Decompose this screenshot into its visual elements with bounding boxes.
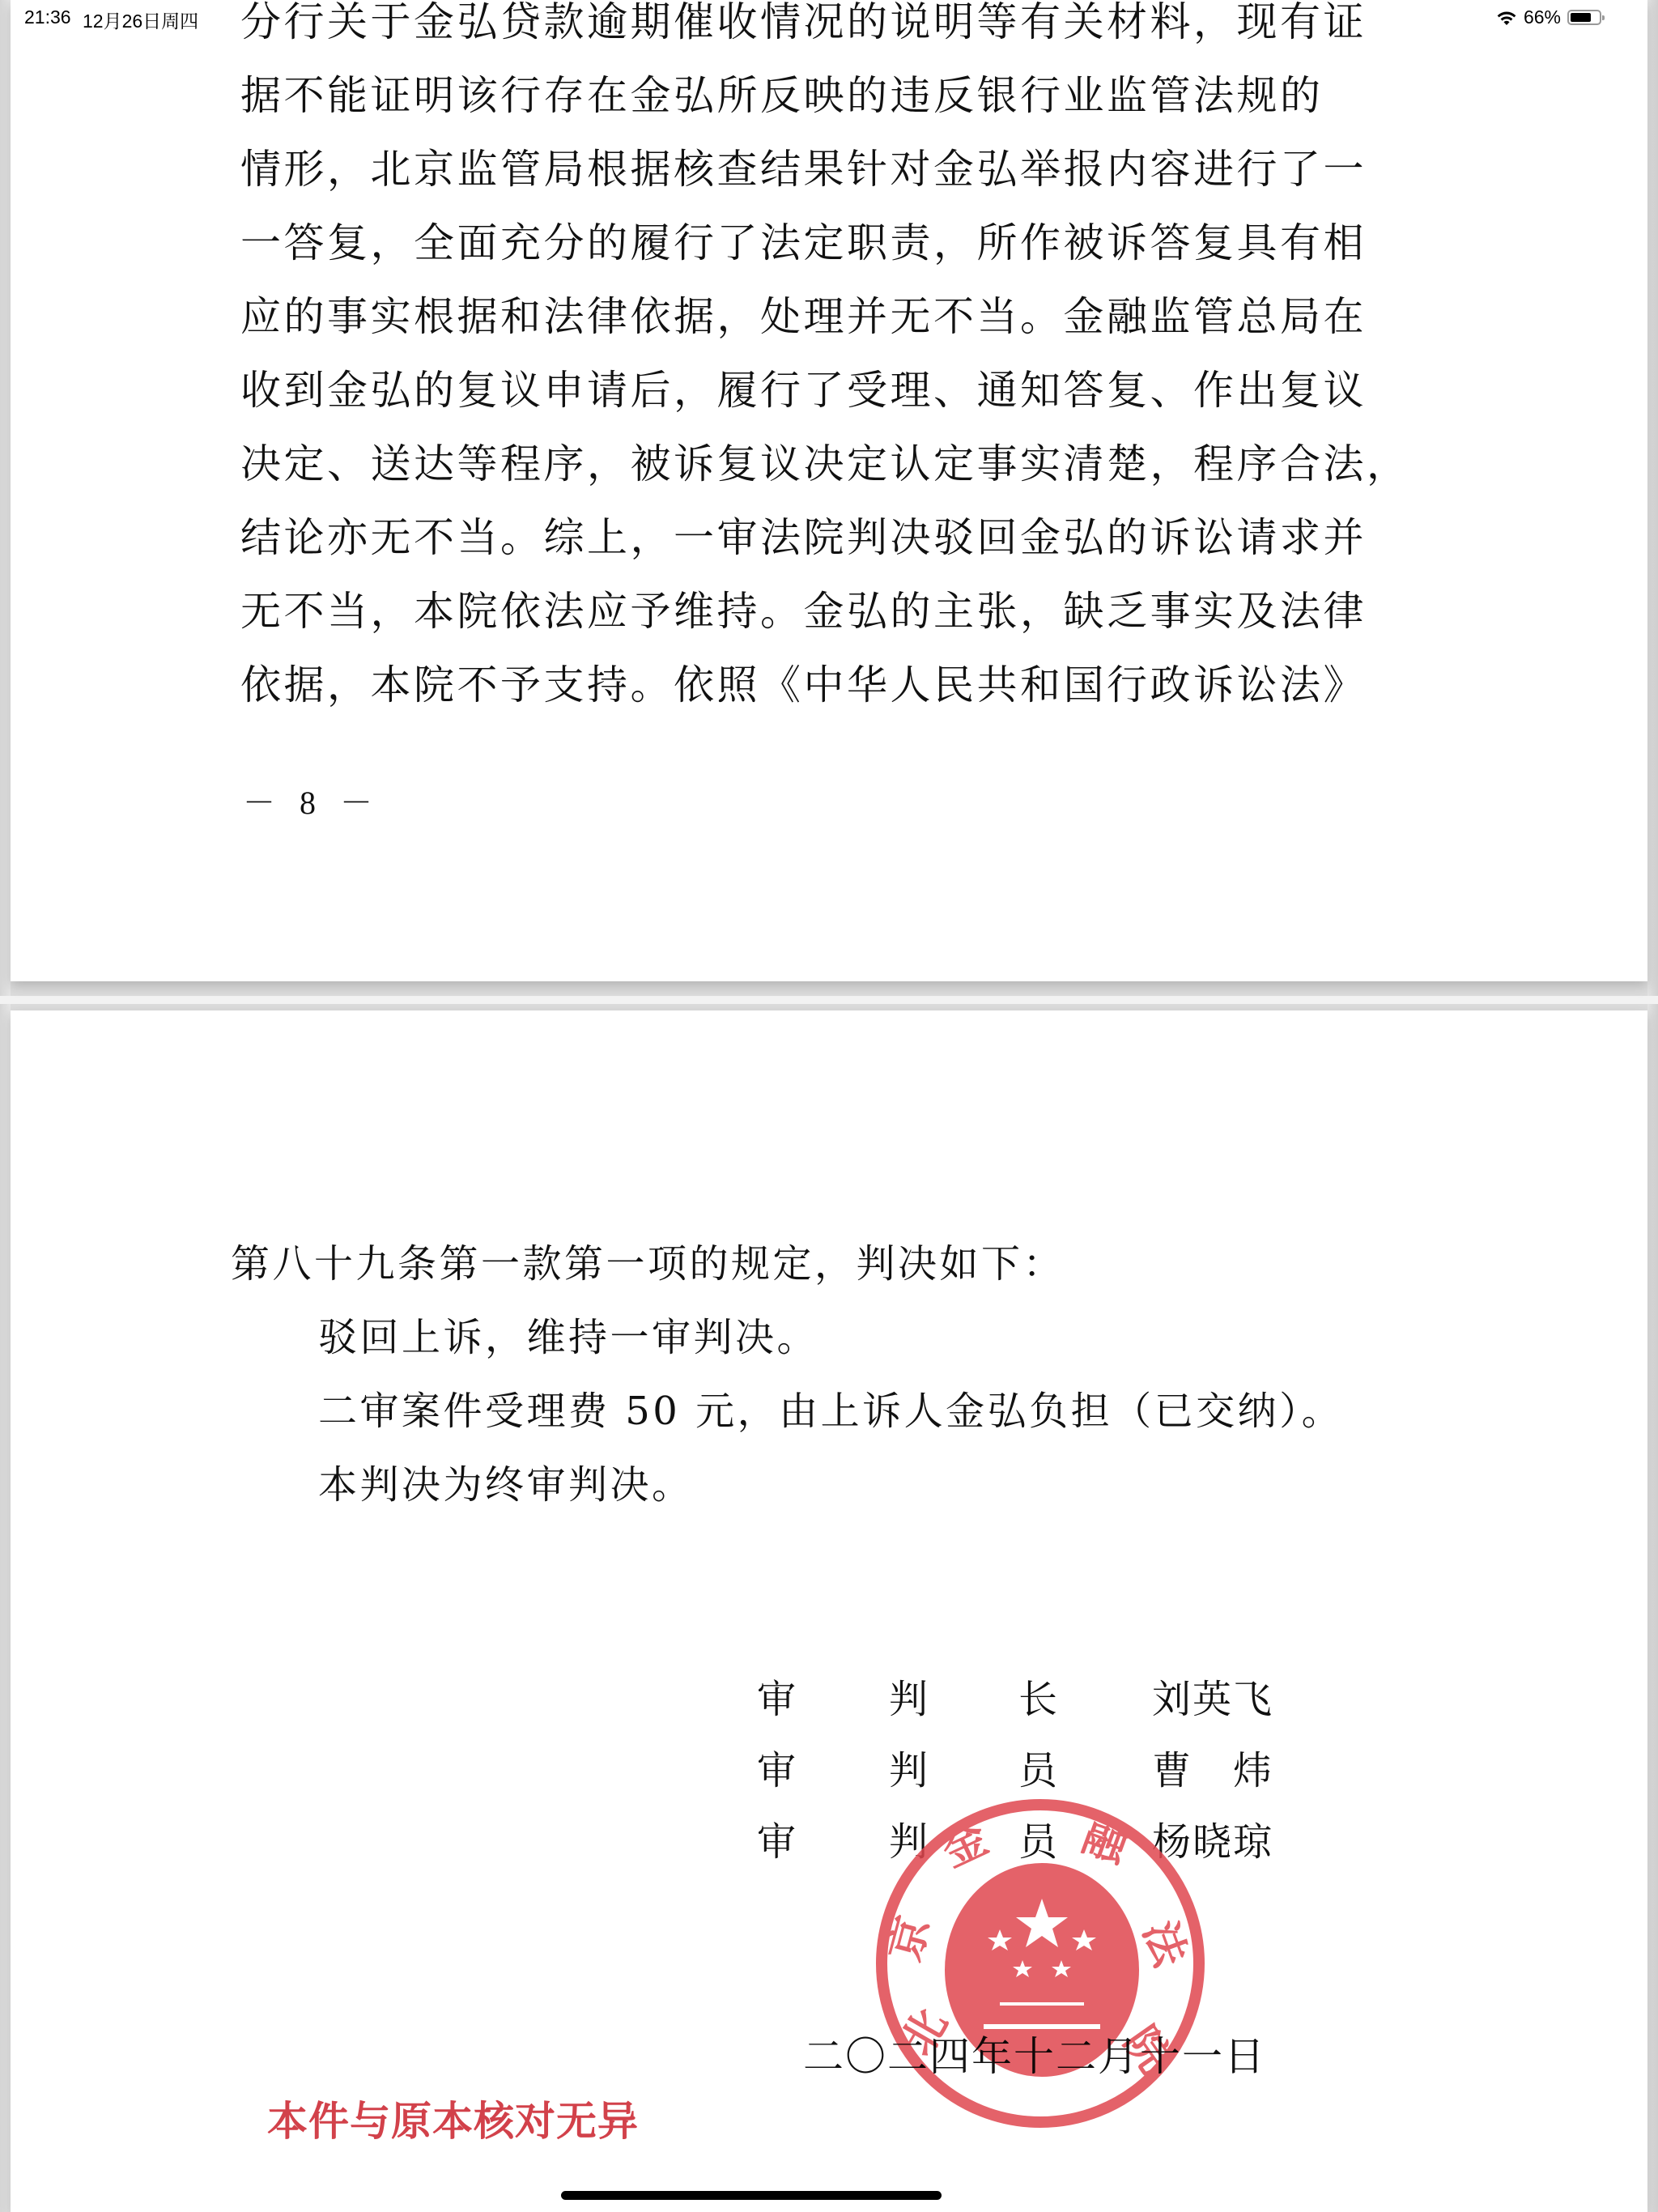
battery-percent: 66% <box>1524 6 1561 28</box>
page-separator <box>0 996 1658 1004</box>
page-number: － 8 － <box>243 777 380 823</box>
battery-icon <box>1567 10 1601 25</box>
text-line: 一答复，全面充分的履行了法定职责，所作被诉答复具有相 <box>240 206 1410 280</box>
wifi-icon <box>1496 10 1517 26</box>
judge-name: 曹 炜 <box>1152 1739 1273 1795</box>
judgment-item: 二审案件受理费 50 元，由上诉人金弘负担（已交纳）。 <box>231 1374 1343 1448</box>
battery-level <box>1571 13 1591 22</box>
title-char: 判 <box>889 1668 928 1724</box>
text-line: 无不当，本院依法应予维持。金弘的主张，缺乏事实及法律 <box>240 575 1410 649</box>
status-indicators: 66% <box>1496 6 1601 28</box>
svg-text:金: 金 <box>934 1812 996 1877</box>
text-line: 情形，北京监管局根据核查结果针对金弘举报内容进行了一 <box>240 133 1410 206</box>
page-9-body-text: 第八十九条第一款第一项的规定，判决如下： 驳回上诉，维持一审判决。 二审案件受理… <box>231 1227 1343 1521</box>
battery-cap <box>1602 15 1605 20</box>
court-seal-icon: 北 京 金 融 法 院 <box>870 1793 1210 2133</box>
svg-text:京: 京 <box>878 1911 939 1966</box>
verified-copy-stamp: 本件与原本核对无异 <box>267 2089 639 2147</box>
judgment-date: 二〇二四年十二月十一日 <box>803 2024 1266 2082</box>
text-line: 结论亦无不当。综上，一审法院判决驳回金弘的诉讼请求并 <box>240 501 1410 575</box>
svg-text:融: 融 <box>1076 1810 1135 1873</box>
title-char: 判 <box>889 1739 928 1795</box>
text-line: 决定、送达等程序，被诉复议决定认定事实清楚，程序合法， <box>240 428 1410 501</box>
home-indicator[interactable] <box>561 2191 942 2200</box>
title-char: 审 <box>757 1810 796 1866</box>
viewer-scrollbar-track[interactable] <box>1647 0 1658 2212</box>
title-char: 长 <box>1018 1668 1057 1724</box>
status-bar: 21:36 12月26日周四 66% <box>0 0 1658 39</box>
title-char: 审 <box>757 1739 796 1795</box>
judgment-item: 驳回上诉，维持一审判决。 <box>231 1300 1343 1374</box>
text-line: 第八十九条第一款第一项的规定，判决如下： <box>231 1227 1343 1300</box>
page-8-body-text: 分行关于金弘贷款逾期催收情况的说明等有关材料，现有证 据不能证明该行存在金弘所反… <box>240 0 1410 722</box>
judgment-item: 本判决为终审判决。 <box>231 1448 1343 1521</box>
title-char: 员 <box>1018 1739 1057 1795</box>
svg-text:法: 法 <box>1133 1915 1197 1974</box>
text-line: 收到金弘的复议申请后，履行了受理、通知答复、作出复议 <box>240 354 1410 428</box>
viewer-left-margin <box>0 0 11 2212</box>
status-time: 21:36 <box>24 6 71 28</box>
title-char: 审 <box>757 1668 796 1724</box>
status-date: 12月26日周四 <box>83 6 198 33</box>
text-line: 据不能证明该行存在金弘所反映的违反银行业监管法规的 <box>240 59 1410 133</box>
judge-name: 刘英飞 <box>1152 1668 1273 1724</box>
text-line: 应的事实根据和法律依据，处理并无不当。金融监管总局在 <box>240 280 1410 354</box>
text-line: 依据，本院不予支持。依照《中华人民共和国行政诉讼法》 <box>240 649 1410 722</box>
